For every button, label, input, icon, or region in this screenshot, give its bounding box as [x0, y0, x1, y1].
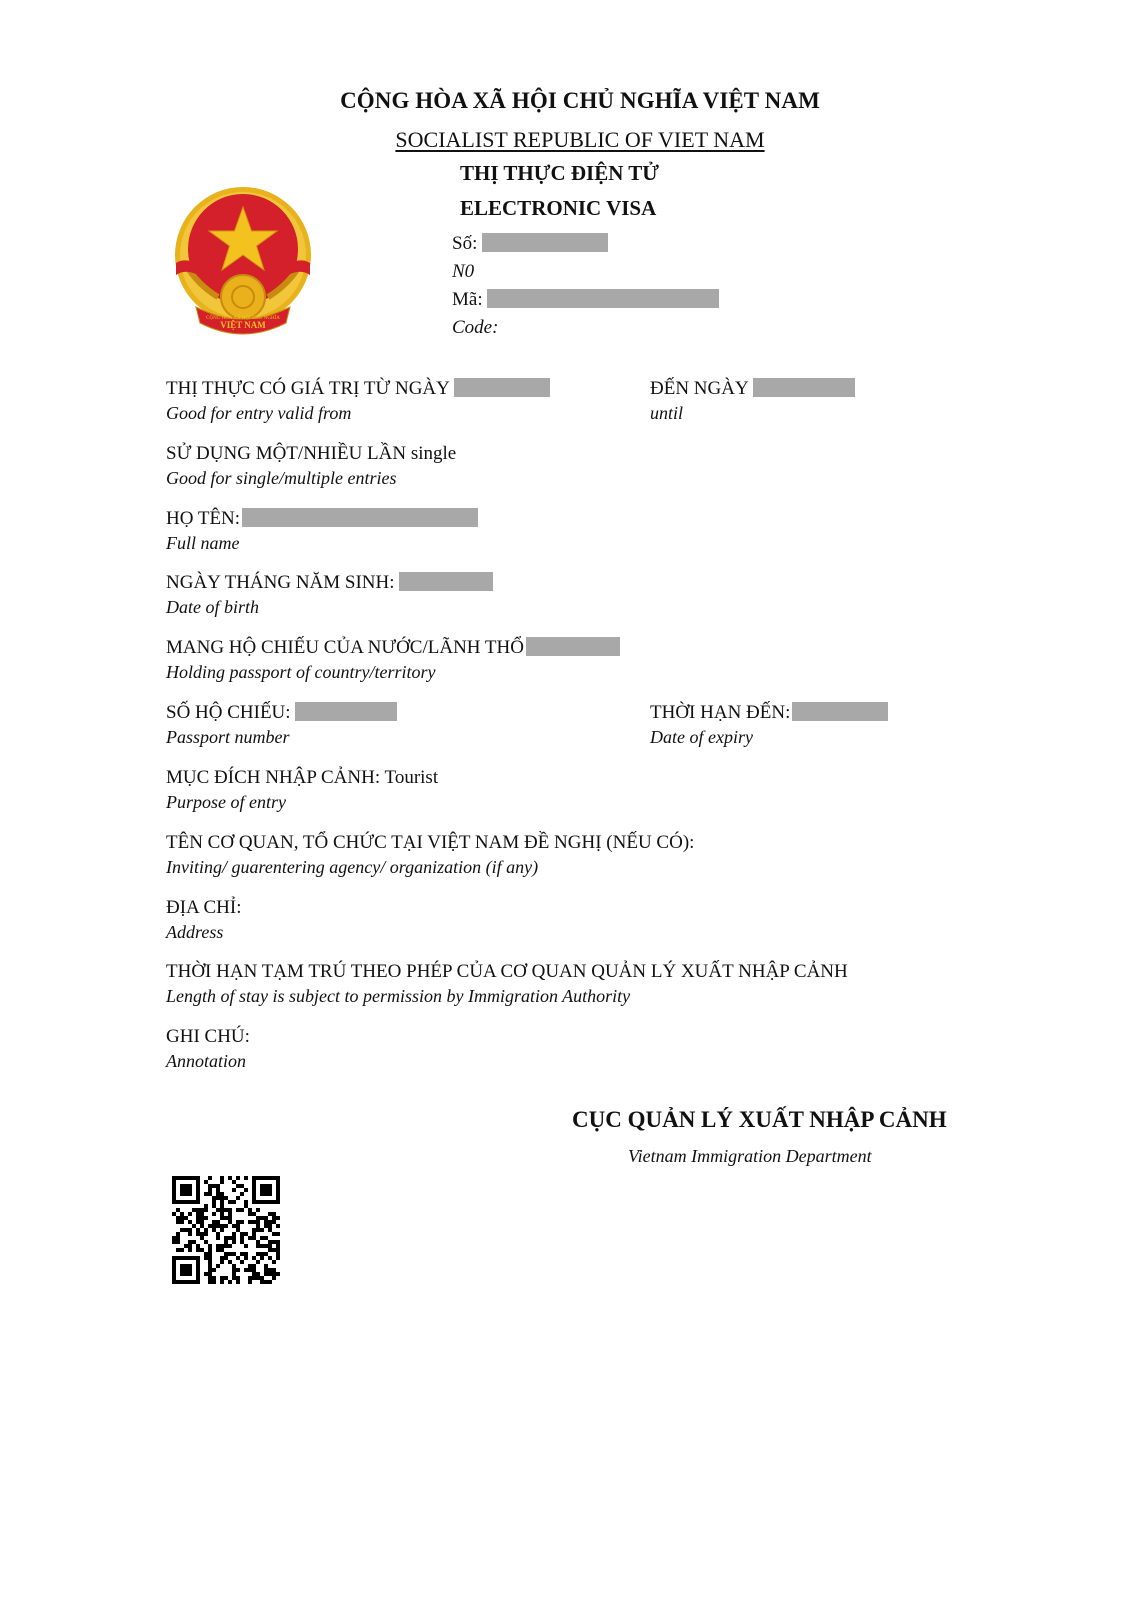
valid-until-field: ĐẾN NGÀY until	[650, 377, 855, 425]
national-emblem-icon: CỘNG HÒA XÃ HỘI CHỦ NGHĨA VIỆT NAM	[168, 185, 318, 337]
visa-number-label-en: N0	[452, 261, 474, 283]
svg-text:VIỆT NAM: VIỆT NAM	[220, 320, 266, 330]
entries-label-en: Good for single/multiple entries	[166, 466, 456, 490]
passport-number-label-en: Passport number	[166, 725, 397, 749]
length-of-stay-label-en: Length of stay is subject to permission …	[166, 984, 848, 1008]
visa-number-redacted	[482, 233, 608, 252]
inviting-agency-label: TÊN CƠ QUAN, TỔ CHỨC TẠI VIỆT NAM ĐỀ NGH…	[166, 831, 694, 855]
dob-label-en: Date of birth	[166, 595, 493, 619]
passport-expiry-field: THỜI HẠN ĐẾN: Date of expiry	[650, 701, 888, 749]
country-name-vn: CỘNG HÒA XÃ HỘI CHỦ NGHĨA VIỆT NAM	[15, 88, 1130, 114]
code-label-en: Code:	[452, 317, 498, 339]
purpose-value: Tourist	[385, 767, 439, 788]
entries-value: single	[411, 443, 456, 464]
code-redacted	[487, 289, 719, 308]
document-title-en: ELECTRONIC VISA	[460, 196, 656, 221]
purpose-label-en: Purpose of entry	[166, 790, 438, 814]
valid-until-redacted	[753, 378, 855, 397]
passport-country-field: MANG HỘ CHIẾU CỦA NƯỚC/LÃNH THỔ Holding …	[166, 636, 620, 684]
length-of-stay-field: THỜI HẠN TẠM TRÚ THEO PHÉP CỦA CƠ QUAN Q…	[166, 960, 848, 1008]
valid-from-redacted	[454, 378, 550, 397]
full-name-label: HỌ TÊN:	[166, 508, 240, 529]
purpose-field: MỤC ĐÍCH NHẬP CẢNH: Tourist Purpose of e…	[166, 766, 438, 814]
full-name-label-en: Full name	[166, 531, 478, 555]
valid-from-field: THỊ THỰC CÓ GIÁ TRỊ TỪ NGÀY Good for ent…	[166, 377, 550, 425]
entries-label: SỬ DỤNG MỘT/NHIỀU LẦN	[166, 443, 406, 464]
visa-number-label: Số:	[452, 233, 477, 254]
issuing-authority-en: Vietnam Immigration Department	[628, 1146, 872, 1167]
address-label: ĐỊA CHỈ:	[166, 896, 241, 920]
code-row: Mã:	[452, 289, 719, 311]
dob-field: NGÀY THÁNG NĂM SINH: Date of birth	[166, 571, 493, 619]
dob-label: NGÀY THÁNG NĂM SINH:	[166, 572, 395, 593]
valid-from-label: THỊ THỰC CÓ GIÁ TRỊ TỪ NGÀY	[166, 378, 449, 399]
passport-country-label-en: Holding passport of country/territory	[166, 660, 620, 684]
full-name-field: HỌ TÊN: Full name	[166, 507, 478, 555]
issuing-authority-vn: CỤC QUẢN LÝ XUẤT NHẬP CẢNH	[572, 1107, 947, 1133]
passport-number-label: SỐ HỘ CHIẾU:	[166, 702, 291, 723]
passport-expiry-redacted	[792, 702, 888, 721]
annotation-label: GHI CHÚ:	[166, 1025, 250, 1049]
document-title-vn: THỊ THỰC ĐIỆN TỬ	[460, 161, 659, 186]
visa-number-row: Số:	[452, 233, 608, 255]
dob-redacted	[399, 572, 493, 591]
country-name-en: SOCIALIST REPUBLIC OF VIET NAM	[15, 127, 1130, 153]
annotation-field: GHI CHÚ: Annotation	[166, 1025, 250, 1073]
code-label: Mã:	[452, 289, 483, 310]
passport-number-field: SỐ HỘ CHIẾU: Passport number	[166, 701, 397, 749]
annotation-label-en: Annotation	[166, 1049, 250, 1073]
valid-until-label: ĐẾN NGÀY	[650, 378, 748, 399]
qr-code-icon	[172, 1176, 280, 1284]
inviting-agency-field: TÊN CƠ QUAN, TỔ CHỨC TẠI VIỆT NAM ĐỀ NGH…	[166, 831, 694, 879]
full-name-redacted	[242, 508, 478, 527]
entries-field: SỬ DỤNG MỘT/NHIỀU LẦN single Good for si…	[166, 442, 456, 490]
passport-expiry-label-en: Date of expiry	[650, 725, 888, 749]
passport-country-redacted	[526, 637, 620, 656]
passport-country-label: MANG HỘ CHIẾU CỦA NƯỚC/LÃNH THỔ	[166, 637, 524, 658]
address-field: ĐỊA CHỈ: Address	[166, 896, 241, 944]
address-label-en: Address	[166, 920, 241, 944]
passport-number-redacted	[295, 702, 397, 721]
passport-expiry-label: THỜI HẠN ĐẾN:	[650, 702, 790, 723]
length-of-stay-label: THỜI HẠN TẠM TRÚ THEO PHÉP CỦA CƠ QUAN Q…	[166, 960, 848, 984]
purpose-label: MỤC ĐÍCH NHẬP CẢNH:	[166, 767, 380, 788]
valid-from-label-en: Good for entry valid from	[166, 401, 550, 425]
inviting-agency-label-en: Inviting/ guarentering agency/ organizat…	[166, 855, 694, 879]
valid-until-label-en: until	[650, 401, 855, 425]
